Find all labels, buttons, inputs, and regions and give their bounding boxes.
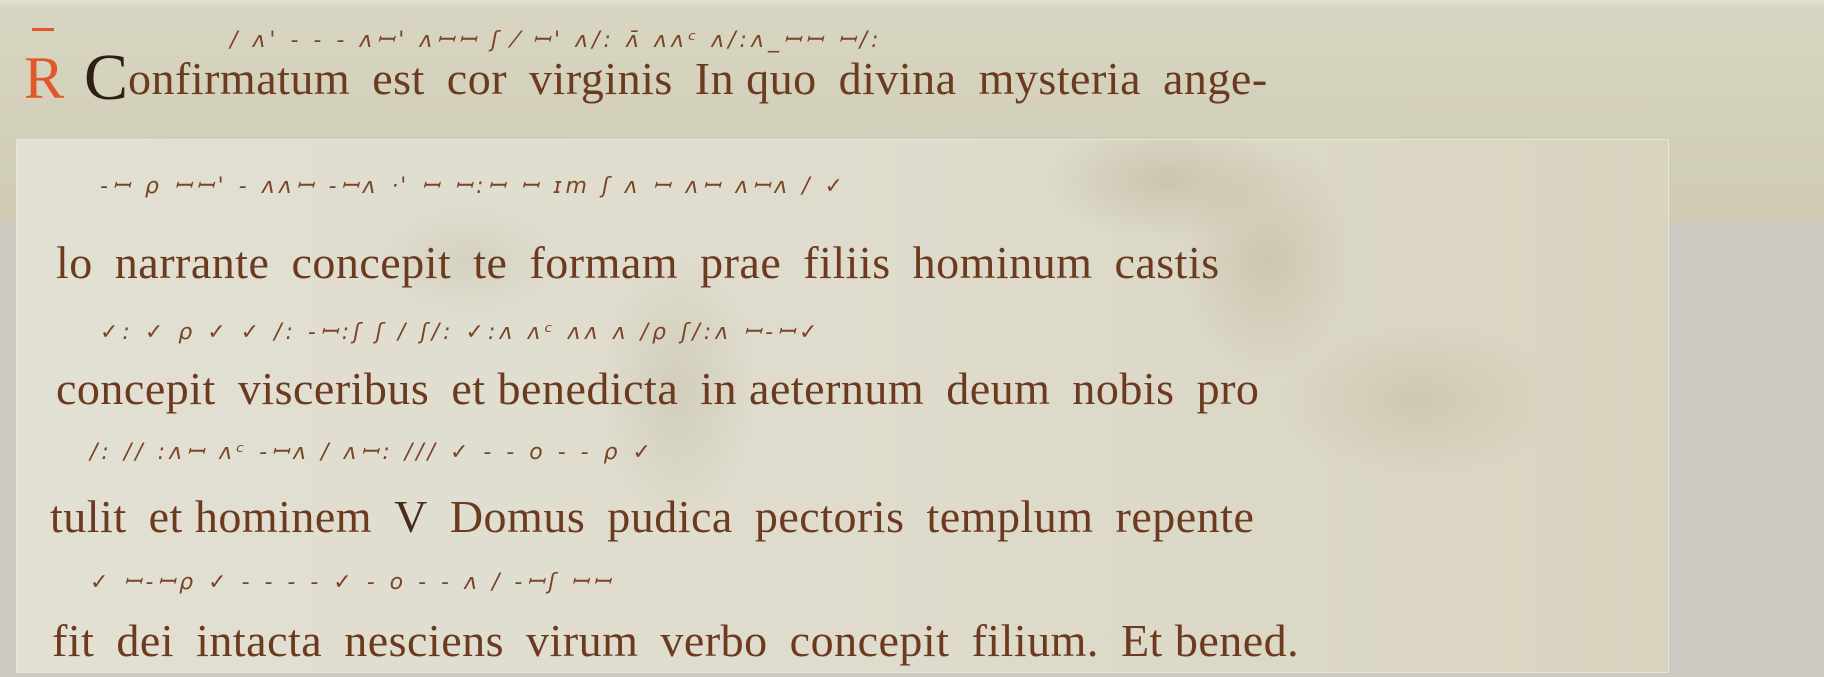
word: verbo	[660, 614, 767, 667]
neume-line-1: / ʌ' - - - ʌꟷ' ʌꟷꟷ ʃ ⁄ ꟷ' ʌ/: ʌ̄ ʌʌᶜ ʌ/:…	[230, 24, 883, 54]
neume-line-5: ✓ ꟷ-ꟷρ ✓ - - - - ✓ - o - - ʌ / -ꟷʃ ꟷꟷ	[90, 566, 614, 596]
text-line-3: concepitvisceribuset benedictain aeternu…	[56, 362, 1281, 415]
text-line-2: lonarranteconcepitteformampraefiliishomi…	[56, 236, 1242, 289]
word: virum	[526, 614, 638, 667]
word: visceribus	[238, 362, 430, 415]
abbreviation-bar	[32, 28, 54, 31]
word: tulit	[50, 490, 127, 543]
word: te	[473, 236, 507, 289]
word: onfirmatum	[128, 52, 350, 105]
word: formam	[529, 236, 678, 289]
word: hominum	[913, 236, 1093, 289]
word: intacta	[196, 614, 322, 667]
word: et benedicta	[451, 362, 678, 415]
word: narrante	[115, 236, 270, 289]
word: In quo	[695, 52, 817, 105]
text-line-4: tulitet hominemVDomuspudicapectoristempl…	[50, 490, 1276, 543]
initial-letter: C	[84, 40, 128, 116]
word: lo	[56, 236, 93, 289]
closing-cue: Et bened.	[1121, 614, 1299, 667]
word: pro	[1197, 362, 1260, 415]
word: virginis	[529, 52, 673, 105]
word: pectoris	[755, 490, 905, 543]
word: in aeternum	[700, 362, 924, 415]
word: mysteria	[979, 52, 1141, 105]
text-line-1: onfirmatumestcorvirginisIn quodivinamyst…	[128, 52, 1290, 105]
word: deum	[946, 362, 1050, 415]
responsory-sign: R	[24, 44, 64, 113]
neume-line-4: /: // :ʌꟷ ʌᶜ -ꟷʌ / ʌꟷ: /// ✓ - - o - - ρ…	[90, 436, 655, 466]
word: est	[372, 52, 425, 105]
text-line-5: fitdeiintactanesciensvirumverboconcepitf…	[52, 614, 1321, 667]
verse-mark: V	[394, 490, 428, 543]
word: templum	[926, 490, 1093, 543]
word: nesciens	[344, 614, 504, 667]
word: repente	[1116, 490, 1255, 543]
word: concepit	[56, 362, 216, 415]
word: divina	[839, 52, 957, 105]
word: filium.	[971, 614, 1098, 667]
word: pudica	[607, 490, 733, 543]
word: prae	[700, 236, 781, 289]
word: ange-	[1163, 52, 1268, 105]
word: cor	[447, 52, 507, 105]
word: nobis	[1072, 362, 1174, 415]
word: filiis	[803, 236, 890, 289]
neume-line-3: ✓: ✓ ρ ✓ ✓ /: -ꟷ:ʃ ʃ / ʃ/: ✓:ʌ ʌᶜ ʌʌ ʌ /…	[100, 316, 821, 346]
word: dei	[116, 614, 174, 667]
word: castis	[1114, 236, 1219, 289]
word: fit	[52, 614, 94, 667]
word: concepit	[790, 614, 950, 667]
word: Domus	[450, 490, 585, 543]
word: et hominem	[149, 490, 372, 543]
neume-line-2: -ꟷ ρ ꟷꟷ' - ʌʌꟷ -ꟷʌ ⸱' ꟷ ꟷ:ꟷ ꟷ ɪm ʃ ʌ ꟷ ʌ…	[100, 170, 847, 200]
word: concepit	[291, 236, 451, 289]
